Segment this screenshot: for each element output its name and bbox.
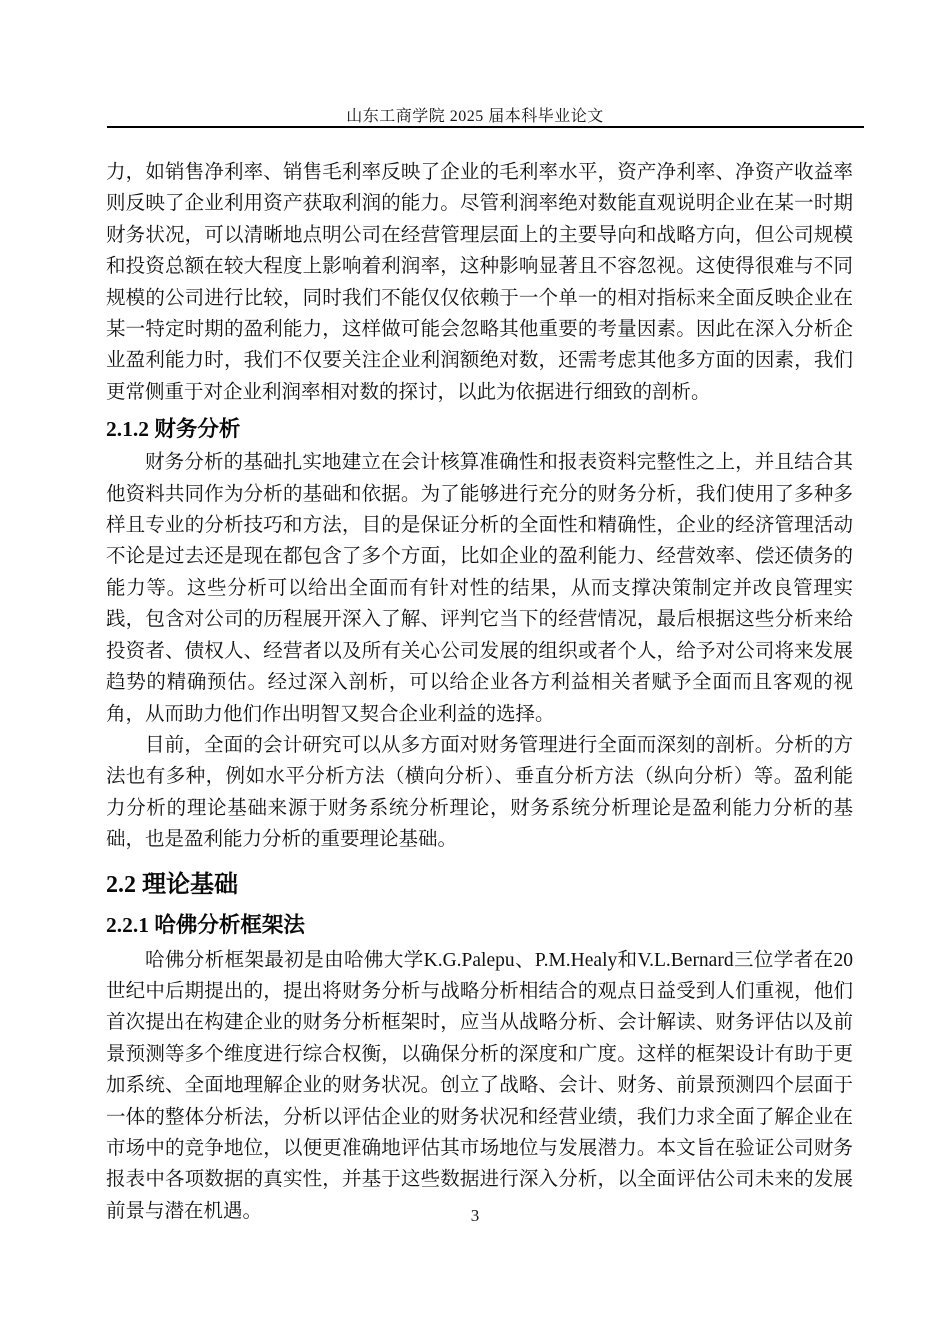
page-number: 3 <box>0 1206 950 1226</box>
heading-2-2-1-harvard-framework: 2.2.1 哈佛分析框架法 <box>106 911 853 939</box>
paragraph-financial-analysis-basis: 财务分析的基础扎实地建立在会计核算准确性和报表资料完整性之上，并且结合其他资料共… <box>106 447 853 730</box>
header-rule-divider <box>107 126 864 128</box>
running-header-text: 山东工商学院 2025 届本科毕业论文 <box>0 103 950 126</box>
paragraph-profitability-continued: 力，如销售净利率、销售毛利率反映了企业的毛利率水平，资产净利率、净资产收益率则反… <box>106 157 853 408</box>
heading-2-1-2-financial-analysis: 2.1.2 财务分析 <box>106 415 853 443</box>
paragraph-harvard-framework: 哈佛分析框架最初是由哈佛大学K.G.Palepu、P.M.Healy和V.L.B… <box>106 945 853 1228</box>
thesis-page: 山东工商学院 2025 届本科毕业论文 力，如销售净利率、销售毛利率反映了企业的… <box>0 0 950 1344</box>
paragraph-accounting-research: 目前，全面的会计研究可以从多方面对财务管理进行全面而深刻的剖析。分析的方法也有多… <box>106 730 853 856</box>
page-body: 力，如销售净利率、销售毛利率反映了企业的毛利率水平，资产净利率、净资产收益率则反… <box>106 157 853 1227</box>
heading-2-2-theoretical-basis: 2.2 理论基础 <box>106 869 853 901</box>
